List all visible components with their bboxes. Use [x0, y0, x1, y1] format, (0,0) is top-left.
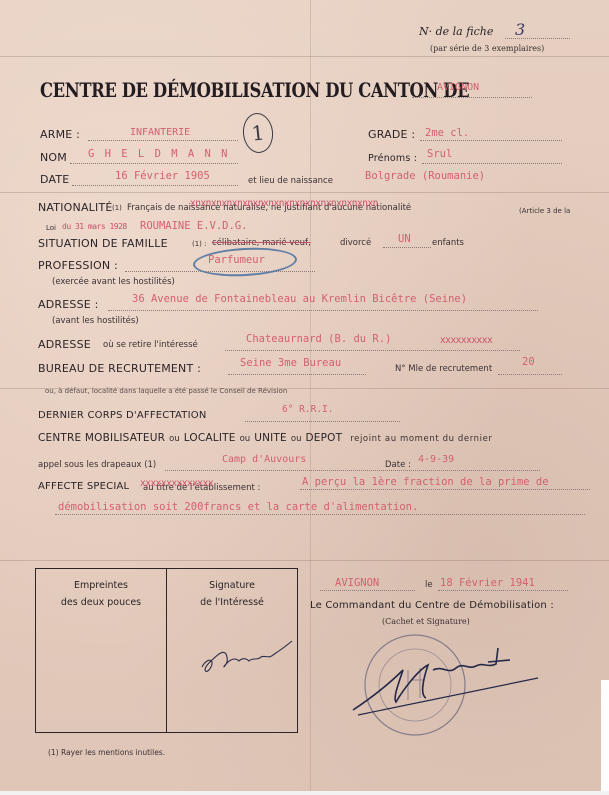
matricule-label: N° Mle de recrutement	[395, 364, 492, 374]
prenoms-dotline	[422, 163, 562, 164]
circled-number-mark: 1	[241, 112, 275, 155]
profession-value: Parfumeur	[208, 254, 265, 266]
centre-label-4: DEPOT	[305, 432, 342, 444]
affecte-strikeout: xxxxxxxxxxxxxx	[140, 478, 213, 489]
appel-date-value: 4-9-39	[418, 454, 454, 465]
matricule-dotline	[498, 374, 562, 375]
centre-ou-1: ou	[169, 434, 180, 444]
demobilization-form: N· de la fiche 3 (par série de 3 exempla…	[0, 0, 609, 795]
circled-number: 1	[250, 120, 265, 145]
fold-line	[0, 560, 609, 561]
matricule-value: 20	[522, 356, 535, 368]
corps-label: DERNIER CORPS D'AFFECTATION	[38, 410, 207, 421]
bureau-value: Seine 3me Bureau	[240, 357, 341, 369]
adresse-dotline	[108, 310, 538, 311]
signature-cell: Signature de l'Intéressé	[166, 569, 297, 732]
corps-dotline	[245, 421, 400, 422]
thumbprints-label-2: des deux pouces	[36, 594, 166, 611]
grade-value: 2me cl.	[425, 127, 469, 139]
prenoms-value: Srul	[427, 148, 452, 160]
page-title: CENTRE DE DÉMOBILISATION DU CANTON DE	[40, 78, 469, 102]
affecte-label: AFFECTE SPECIAL	[38, 481, 129, 492]
famille-label: SITUATION DE FAMILLE	[38, 237, 168, 250]
prenoms-label: Prénoms :	[368, 153, 417, 164]
torn-edge	[601, 680, 609, 795]
famille-options-struck: célibataire, marié veuf,	[212, 238, 311, 248]
thumbprints-label-1: Empreintes	[36, 577, 166, 594]
loi-strikeout: du 31 mars 1928	[62, 222, 127, 231]
nationalite-value: ROUMAINE E.V.D.G.	[140, 220, 247, 232]
nom-dotline	[70, 163, 238, 164]
appel-date-label: Date :	[385, 460, 411, 470]
nom-label: NOM	[40, 151, 67, 164]
affecte-value-line2: démobilisation soit 200francs et la cart…	[58, 501, 418, 513]
adresse-retire-strikeout: xxxxxxxxxx	[440, 335, 492, 346]
signature-box: Empreintes des deux pouces Signature de …	[35, 568, 298, 733]
famille-divorce: divorcé	[340, 238, 371, 248]
canton-dotline	[412, 97, 532, 98]
adresse-label: ADRESSE :	[38, 298, 99, 311]
date-label: DATE	[40, 173, 69, 186]
grade-dotline	[420, 140, 562, 141]
adresse-value: 36 Avenue de Fontainebleau au Kremlin Bi…	[132, 293, 467, 305]
appel-dotline	[165, 470, 540, 471]
closing-place: AVIGNON	[335, 577, 379, 589]
nationalite-strikeout: xnxnxnxnxnxnxnxnxnxnxnxnxnxnxnxnxnxn	[190, 198, 378, 209]
centre-mobilisateur-line: CENTRE MOBILISATEUR ou LOCALITE ou UNITE…	[38, 432, 493, 444]
fiche-note: (par série de 3 exemplaires)	[430, 44, 544, 53]
famille-footnote-ref: (1) :	[192, 240, 207, 248]
interesse-signature-icon	[197, 637, 297, 677]
enfants-dotline	[383, 247, 431, 248]
affecte-dotline	[300, 489, 590, 490]
nationalite-article: (Article 3 de la	[519, 207, 570, 215]
fold-line	[0, 56, 609, 57]
centre-ou-2: ou	[240, 434, 251, 444]
fiche-label: N· de la fiche	[419, 25, 493, 38]
page-edge	[0, 791, 609, 795]
centre-ou-3: ou	[291, 434, 302, 444]
arme-dotline	[88, 140, 238, 141]
bureau-label: BUREAU DE RECRUTEMENT :	[38, 362, 201, 375]
fold-line	[310, 0, 311, 795]
revision-note: ou, à défaut, localité dans laquelle a é…	[45, 387, 287, 395]
commandant-label: Le Commandant du Centre de Démobilisatio…	[310, 600, 554, 611]
signature-label-2: de l'Intéressé	[167, 594, 297, 611]
centre-label-1: CENTRE MOBILISATEUR	[38, 432, 165, 444]
enfants-label: enfants	[432, 238, 464, 248]
canton-value: AVIGNON	[437, 82, 479, 93]
nationalite-footnote-ref: (1)	[112, 204, 122, 212]
enfants-value: UN	[398, 233, 411, 245]
arme-label: ARME :	[40, 128, 80, 141]
commandant-signature-icon	[348, 640, 548, 720]
footnote: (1) Rayer les mentions inutiles.	[48, 748, 165, 757]
bureau-dotline	[228, 374, 366, 375]
centre-label-2: LOCALITE	[184, 432, 236, 444]
date-value: 16 Février 1905	[115, 170, 210, 182]
centre-label-3: UNITE	[254, 432, 287, 444]
lieu-value: Bolgrade (Roumanie)	[365, 170, 485, 182]
arme-value: INFANTERIE	[130, 127, 190, 138]
corps-value: 6° R.R.I.	[282, 404, 333, 415]
affecte-dotline-2	[55, 514, 585, 515]
thumbprints-cell: Empreintes des deux pouces	[36, 569, 166, 732]
adresse-retire-dotline	[225, 350, 520, 351]
cachet-label: (Cachet et Signature)	[382, 617, 470, 626]
profession-note: (exercée avant les hostilités)	[52, 277, 175, 287]
affecte-value-line1: A perçu la 1ère fraction de la prime de	[302, 476, 549, 488]
signature-label-1: Signature	[167, 577, 297, 594]
closing-le: le	[425, 580, 433, 590]
fold-line	[0, 192, 609, 193]
nom-value: G H E L D M A N N	[88, 148, 229, 160]
date-dotline	[72, 185, 238, 186]
fiche-number: 3	[515, 20, 525, 39]
loi-label: Loi	[46, 224, 56, 232]
closing-place-dotline	[320, 590, 415, 591]
closing-date-dotline	[438, 590, 568, 591]
centre-rest: rejoint au moment du dernier	[350, 434, 492, 444]
profession-label: PROFESSION :	[38, 259, 118, 272]
appel-value: Camp d'Auvours	[222, 454, 306, 465]
lieu-label: et lieu de naissance	[248, 176, 333, 186]
adresse-retire-note: où se retire l'intéressé	[103, 340, 198, 350]
nationalite-label: NATIONALITÉ	[38, 201, 113, 214]
adresse-retire-value: Chateaurnard (B. du R.)	[246, 333, 391, 345]
grade-label: GRADE :	[368, 128, 415, 141]
adresse-note: (avant les hostilités)	[52, 316, 139, 326]
appel-label: appel sous les drapeaux (1)	[38, 460, 156, 470]
closing-date: 18 Février 1941	[440, 577, 535, 589]
adresse-retire-label: ADRESSE	[38, 338, 91, 351]
